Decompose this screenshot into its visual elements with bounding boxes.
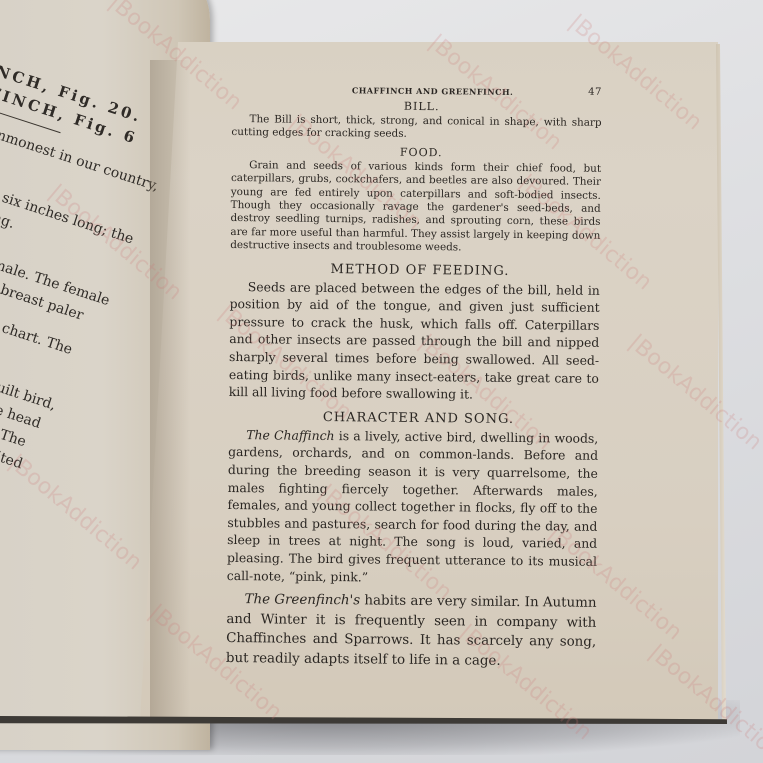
section-heading-food: FOOD. [231,144,601,161]
section-text-food: Grain and seeds of various kinds form th… [230,159,601,257]
gutter-shadow [150,60,190,720]
section-heading-method-of-feeding: METHOD OF FEEDING. [230,261,600,280]
section-text-method-of-feeding: Seeds are placed between the edges of th… [229,278,600,405]
book-photo: NCH, Fig. 20.FINCH, Fig. 6commonest in o… [0,0,763,763]
section-text-greenfinch: The Greenfinch's habits are very similar… [226,590,597,672]
chaffinch-lead: The Chaffinch [246,427,334,443]
chaffinch-text: is a lively, active bird, dwelling in wo… [227,428,599,584]
section-heading-bill: BILL. [232,98,602,115]
running-head-title: CHAFFINCH AND GREENFINCH. [352,85,514,97]
section-heading-character-and-song: CHARACTER AND SONG. [228,409,598,428]
running-head: CHAFFINCH AND GREENFINCH. 47 [352,81,602,98]
right-page-content: CHAFFINCH AND GREENFINCH. 47 BILL. The B… [226,80,602,672]
section-text-bill: The Bill is short, thick, strong, and co… [231,113,601,144]
greenfinch-lead: The Greenfinch's [244,592,360,608]
page-number: 47 [588,87,602,98]
section-text-chaffinch: The Chaffinch is a lively, active bird, … [227,426,599,588]
